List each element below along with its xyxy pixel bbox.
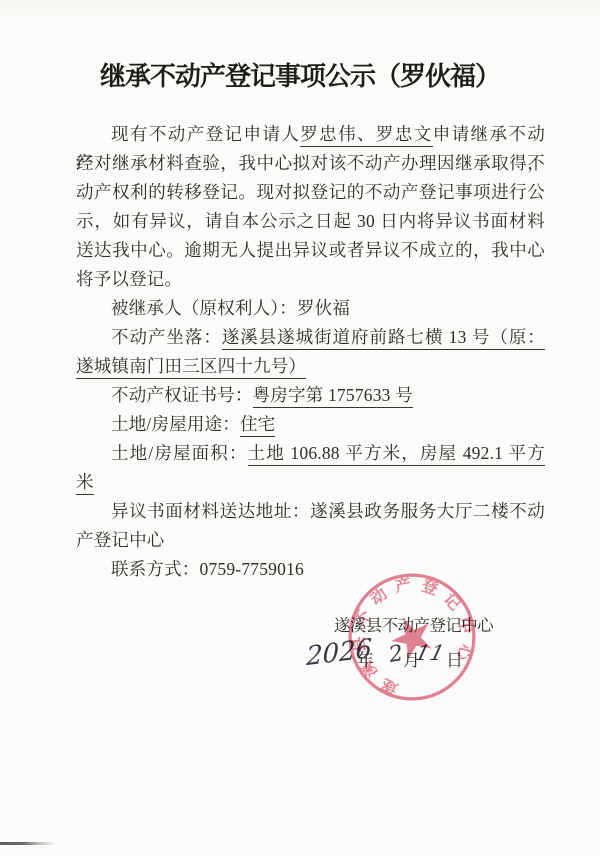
text-segment: 经对继承材料查验，我中心拟对该不动产办理因继承取得不 — [76, 153, 545, 173]
underlined-value: 遂溪县遂城街道府前路七横 13 号（原： — [222, 327, 545, 350]
text-segment: 异议书面材料送达地址：遂溪县政务服务大厅二楼不动 — [111, 501, 545, 521]
text-segment: 不动产坐落： — [111, 327, 222, 347]
body-line: 联系方式：0759-7759016 — [76, 555, 545, 584]
underlined-value: 土地 106.88 平方米，房屋 492.1 平方 — [248, 443, 545, 466]
text-segment: 产登记中心 — [76, 530, 165, 550]
notice-body: 现有不动产登记申请人罗忠伟、罗忠文申请继承不动产，经对继承材料查验，我中心拟对该… — [76, 120, 545, 584]
body-line: 遂城镇南门田三区四十九号） — [76, 352, 545, 381]
body-line: 将予以登记。 — [76, 265, 545, 294]
scanned-notice-page: 继承不动产登记事项公示（罗伙福） 现有不动产登记申请人罗忠伟、罗忠文申请继承不动… — [0, 0, 600, 856]
text-segment: 动产权利的转移登记。现对拟登记的不动产登记事项进行公 — [76, 182, 545, 202]
underlined-value: 米 — [76, 472, 94, 495]
body-line: 土地/房屋面积：土地 106.88 平方米，房屋 492.1 平方 — [76, 439, 545, 468]
text-segment: 将予以登记。 — [76, 269, 182, 289]
notice-title: 继承不动产登记事项公示（罗伙福） — [0, 56, 600, 93]
text-segment: 土地/房屋面积： — [111, 443, 248, 463]
text-segment: 土地/房屋用途： — [111, 414, 240, 434]
star-icon: ★ — [378, 600, 447, 675]
body-line: 经对继承材料查验，我中心拟对该不动产办理因继承取得不 — [76, 149, 545, 178]
text-segment: 被继承人（原权利人）：罗伙福 — [111, 298, 350, 318]
text-segment: 不动产权证书号： — [111, 385, 253, 405]
text-segment: 示，如有异议，请自本公示之日起 30 日内将异议书面材料 — [76, 211, 545, 231]
underlined-value: 住宅 — [240, 414, 275, 437]
text-segment: 送达我中心。逾期无人提出异议或者异议不成立的，我中心 — [76, 240, 545, 260]
body-line: 不动产坐落：遂溪县遂城街道府前路七横 13 号（原： — [76, 323, 545, 352]
body-line: 土地/房屋用途：住宅 — [76, 410, 545, 439]
body-line: 动产权利的转移登记。现对拟登记的不动产登记事项进行公 — [76, 178, 545, 207]
body-line: 被继承人（原权利人）：罗伙福 — [76, 294, 545, 323]
underlined-value: 罗忠伟、罗忠文 — [300, 124, 432, 147]
body-line: 送达我中心。逾期无人提出异议或者异议不成立的，我中心 — [76, 236, 545, 265]
body-line: 异议书面材料送达地址：遂溪县政务服务大厅二楼不动 — [76, 497, 545, 526]
underlined-value: 粤房字第 1757633 号 — [253, 385, 413, 408]
body-line: 不动产权证书号：粤房字第 1757633 号 — [76, 381, 545, 410]
body-line: 现有不动产登记申请人罗忠伟、罗忠文申请继承不动产， — [76, 120, 545, 149]
scan-edge-artifact — [0, 842, 56, 845]
body-line: 产登记中心 — [76, 526, 545, 555]
body-line: 示，如有异议，请自本公示之日起 30 日内将异议书面材料 — [76, 207, 545, 236]
text-segment: 现有不动产登记申请人 — [111, 124, 300, 144]
underlined-value: 遂城镇南门田三区四十九号） — [76, 356, 306, 379]
text-segment: 联系方式：0759-7759016 — [111, 559, 304, 579]
body-line: 米 — [76, 468, 545, 497]
